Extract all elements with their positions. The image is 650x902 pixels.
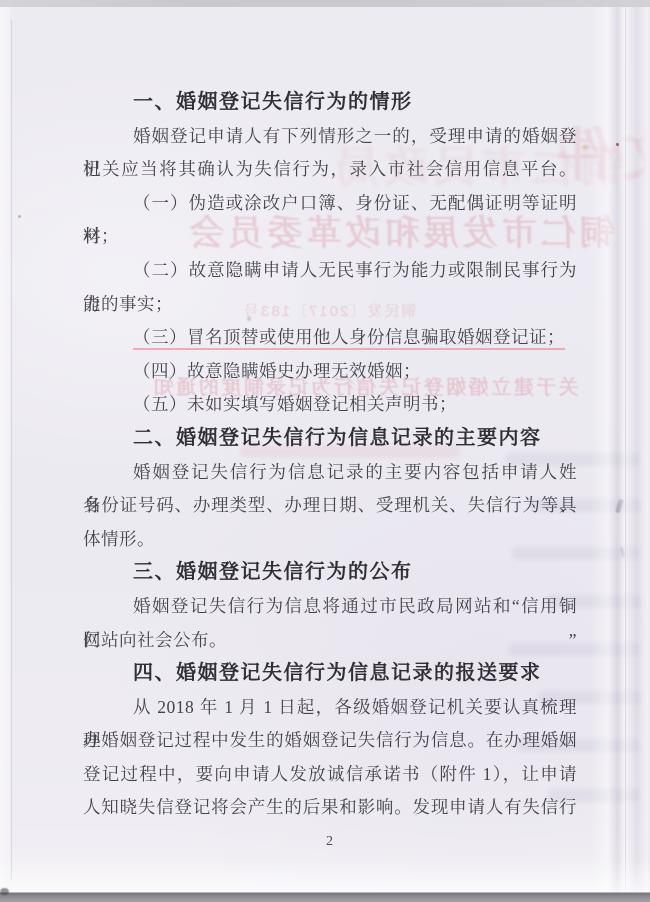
doc-line: 一、婚姻登记失信行为的情形: [83, 86, 577, 120]
doc-line: 三、婚姻登记失信行为的公布: [83, 556, 577, 590]
doc-line-text: 三、婚姻登记失信行为的公布: [133, 561, 413, 583]
doc-line: 人知晓失信登记将会产生的后果和影响。发现申请人有失信行: [83, 791, 577, 825]
doc-line: 婚姻登记申请人有下列情形之一的，受理申请的婚姻登记: [83, 120, 577, 154]
doc-line-text: 身份证号码、办理类型、办理日期、受理机关、失信行为等具: [83, 495, 577, 515]
doc-line-text: 登记过程中，要向申请人发放诚信承诺书（附件 1），让申请: [83, 764, 577, 784]
doc-line-text: 体情形。: [83, 529, 155, 549]
doc-line-text: 理婚姻登记过程中发生的婚姻登记失信行为信息。在办理婚姻: [83, 730, 577, 750]
doc-line-text: （四）故意隐瞒婚史办理无效婚姻；: [133, 361, 421, 381]
dust-speck: [18, 215, 21, 218]
scan-edge-left: [0, 0, 11, 902]
paper-fold-line: [625, 0, 626, 902]
page-number: 2: [83, 834, 577, 850]
doc-line-text: 二、婚姻登记失信行为信息记录的主要内容: [133, 427, 542, 449]
doc-line: 身份证号码、办理类型、办理日期、受理机关、失信行为等具: [83, 489, 577, 523]
paper-curl-highlight: [0, 859, 650, 893]
document-body: 一、婚姻登记失信行为的情形 婚姻登记申请人有下列情形之一的，受理申请的婚姻登记 …: [83, 86, 577, 825]
scan-edge-top: [0, 0, 650, 7]
doc-line: 料；: [83, 220, 577, 254]
doc-line: 婚姻登记失信行为信息将通过市民政局网站和“信用铜仁”: [83, 590, 577, 624]
scanned-page: 文件 铜仁市民政局 铜仁市发展和改革委员会 铜民发〔2017〕183号 关于建立…: [0, 0, 650, 902]
doc-line: 力的事实；: [83, 288, 577, 322]
scan-edge-left-line: [11, 20, 12, 880]
doc-line-text: 料；: [83, 226, 119, 246]
doc-line-text: （五）未如实填写婚姻登记相关声明书；: [133, 394, 457, 414]
doc-line: 机关应当将其确认为失信行为，录入市社会信用信息平台。: [83, 153, 577, 187]
doc-line: 四、婚姻登记失信行为信息记录的报送要求: [83, 657, 577, 691]
doc-line: 从 2018 年 1 月 1 日起，各级婚姻登记机关要认真梳理办: [83, 691, 577, 725]
doc-line-text: （三）冒名顶替或使用他人身份信息骗取婚姻登记证；: [133, 327, 565, 350]
doc-line-text: 网站向社会公布。: [83, 630, 227, 650]
doc-line: 体情形。: [83, 523, 577, 557]
paper-sheet: 文件 铜仁市民政局 铜仁市发展和改革委员会 铜民发〔2017〕183号 关于建立…: [0, 7, 650, 895]
doc-line-text: 机关应当将其确认为失信行为，录入市社会信用信息平台。: [83, 159, 577, 179]
doc-line: 二、婚姻登记失信行为信息记录的主要内容: [83, 422, 577, 456]
doc-line-text: 人知晓失信登记将会产生的后果和影响。发现申请人有失信行: [83, 797, 577, 817]
stain-speck: [582, 145, 589, 149]
doc-line: （四）故意隐瞒婚史办理无效婚姻；: [83, 355, 577, 389]
doc-line: 理婚姻登记过程中发生的婚姻登记失信行为信息。在办理婚姻: [83, 724, 577, 758]
doc-line: （二）故意隐瞒申请人无民事行为能力或限制民事行为能: [83, 254, 577, 288]
doc-line-text: 一、婚姻登记失信行为的情形: [133, 91, 413, 113]
doc-line: （三）冒名顶替或使用他人身份信息骗取婚姻登记证；: [83, 321, 577, 355]
doc-line: 登记过程中，要向申请人发放诚信承诺书（附件 1），让申请: [83, 758, 577, 792]
doc-line: 婚姻登记失信行为信息记录的主要内容包括申请人姓名、: [83, 456, 577, 490]
scan-edge-bottom: [0, 893, 650, 902]
doc-line-text: 力的事实；: [83, 294, 173, 314]
doc-line: （五）未如实填写婚姻登记相关声明书；: [83, 388, 577, 422]
doc-line: （一）伪造或涂改户口簿、身份证、无配偶证明等证明材: [83, 187, 577, 221]
doc-line-text: 四、婚姻登记失信行为信息记录的报送要求: [133, 662, 542, 684]
paper-fold-right: [590, 0, 650, 902]
